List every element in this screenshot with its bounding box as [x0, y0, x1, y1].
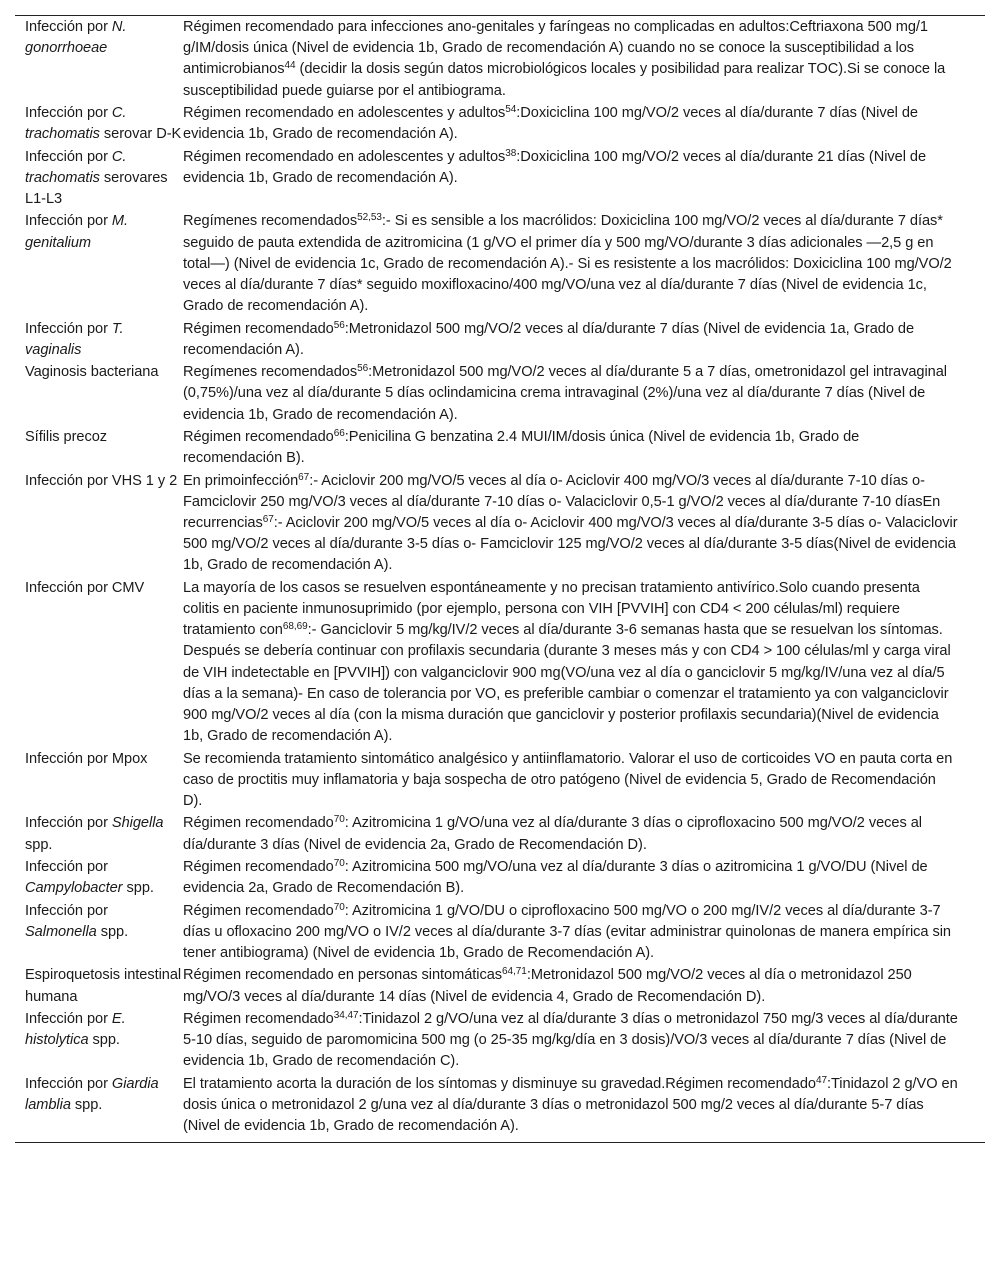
text-segment: Infección por	[25, 1076, 112, 1092]
table-row: Infección por VHS 1 y 2En primoinfección…	[15, 471, 985, 578]
infection-cell: Infección por CMV	[15, 578, 183, 749]
table-row: Infección por Shigella spp.Régimen recom…	[15, 813, 985, 857]
text-segment: Infección por Mpox	[25, 751, 147, 767]
table-row: Infección por M. genitaliumRegímenes rec…	[15, 211, 985, 318]
text-segment: Régimen recomendado en adolescentes y ad…	[183, 149, 505, 165]
text-segment: Infección por	[25, 149, 112, 165]
infection-cell: Sífilis precoz	[15, 427, 183, 471]
text-segment: spp.	[25, 837, 52, 853]
reference-superscript: 64,71	[502, 966, 527, 977]
infection-cell: Infección por Shigella spp.	[15, 813, 183, 857]
table-row: Infección por CMVLa mayoría de los casos…	[15, 578, 985, 749]
infection-cell: Infección por T. vaginalis	[15, 319, 183, 363]
reference-superscript: 54	[505, 104, 516, 115]
text-segment: Se recomienda tratamiento sintomático an…	[183, 751, 952, 809]
infection-cell: Infección por M. genitalium	[15, 211, 183, 318]
text-segment: Vaginosis bacteriana	[25, 364, 158, 380]
reference-superscript: 47	[816, 1075, 827, 1086]
infection-cell: Vaginosis bacteriana	[15, 362, 183, 427]
treatment-table-body: Infección por N. gonorrhoeaeRégimen reco…	[15, 17, 985, 1139]
table-row: Espiroquetosis intestinal humanaRégimen …	[15, 965, 985, 1009]
treatment-cell: Regímenes recomendados56:Metronidazol 50…	[183, 362, 985, 427]
table-row: Infección por MpoxSe recomienda tratamie…	[15, 749, 985, 814]
treatment-cell: Se recomienda tratamiento sintomático an…	[183, 749, 985, 814]
text-segment: Infección por VHS 1 y 2	[25, 473, 177, 489]
species-name: Shigella	[112, 815, 164, 831]
treatment-cell: Régimen recomendado en adolescentes y ad…	[183, 103, 985, 147]
text-segment: (decidir la dosis según datos microbioló…	[183, 61, 945, 98]
treatment-cell: El tratamiento acorta la duración de los…	[183, 1074, 985, 1139]
table-row: Vaginosis bacterianaRegímenes recomendad…	[15, 362, 985, 427]
text-segment: El tratamiento acorta la duración de los…	[183, 1076, 816, 1092]
table-rows: Infección por N. gonorrhoeaeRégimen reco…	[15, 17, 985, 1139]
text-segment: Infección por	[25, 903, 108, 919]
treatment-cell: Régimen recomendado66:Penicilina G benza…	[183, 427, 985, 471]
treatment-cell: Régimen recomendado56:Metronidazol 500 m…	[183, 319, 985, 363]
treatment-cell: Régimen recomendado en adolescentes y ad…	[183, 147, 985, 212]
text-segment: Regímenes recomendados	[183, 213, 357, 229]
table-row: Infección por T. vaginalisRégimen recome…	[15, 319, 985, 363]
text-segment: Régimen recomendado	[183, 1011, 334, 1027]
treatment-cell: Régimen recomendado70: Azitromicina 1 g/…	[183, 901, 985, 966]
treatment-cell: Régimen recomendado70: Azitromicina 1 g/…	[183, 813, 985, 857]
text-segment: Régimen recomendado	[183, 903, 334, 919]
text-segment: Régimen recomendado	[183, 321, 334, 337]
infection-cell: Infección por E. histolytica spp.	[15, 1009, 183, 1074]
text-segment: serovar D-K	[100, 126, 181, 142]
reference-superscript: 67	[263, 514, 274, 525]
text-segment: En primoinfección	[183, 473, 298, 489]
treatment-cell: En primoinfección67:- Aciclovir 200 mg/V…	[183, 471, 985, 578]
reference-superscript: 70	[334, 902, 345, 913]
infection-cell: Infección por Giardia lamblia spp.	[15, 1074, 183, 1139]
reference-superscript: 67	[298, 472, 309, 483]
reference-superscript: 68,69	[283, 621, 308, 632]
text-segment: Régimen recomendado en adolescentes y ad…	[183, 105, 505, 121]
text-segment: Régimen recomendado	[183, 859, 334, 875]
table-row: Infección por Salmonella spp.Régimen rec…	[15, 901, 985, 966]
treatment-cell: Régimen recomendado70: Azitromicina 500 …	[183, 857, 985, 901]
reference-superscript: 56	[357, 363, 368, 374]
reference-superscript: 44	[284, 60, 295, 71]
reference-superscript: 56	[334, 320, 345, 331]
text-segment: Régimen recomendado en personas sintomát…	[183, 967, 502, 983]
reference-superscript: 52,53	[357, 212, 382, 223]
infection-cell: Infección por C. trachomatis serovar D-K	[15, 103, 183, 147]
text-segment: spp.	[71, 1097, 102, 1113]
reference-superscript: 70	[334, 814, 345, 825]
reference-superscript: 34,47	[334, 1010, 359, 1021]
species-name: Campylobacter	[25, 880, 123, 896]
table-row: Infección por C. trachomatis serovar D-K…	[15, 103, 985, 147]
infection-cell: Infección por C. trachomatis serovares L…	[15, 147, 183, 212]
infection-cell: Infección por Campylobacter spp.	[15, 857, 183, 901]
text-segment: spp.	[123, 880, 154, 896]
infection-cell: Infección por VHS 1 y 2	[15, 471, 183, 578]
text-segment: Espiroquetosis intestinal humana	[25, 967, 181, 1004]
infection-cell: Infección por N. gonorrhoeae	[15, 17, 183, 103]
table-row: Infección por Campylobacter spp.Régimen …	[15, 857, 985, 901]
treatment-cell: Régimen recomendado en personas sintomát…	[183, 965, 985, 1009]
reference-superscript: 38	[505, 148, 516, 159]
text-segment: Infección por	[25, 859, 108, 875]
text-segment: Sífilis precoz	[25, 429, 107, 445]
text-segment: Infección por	[25, 105, 112, 121]
infection-cell: Espiroquetosis intestinal humana	[15, 965, 183, 1009]
text-segment: Régimen recomendado	[183, 815, 334, 831]
text-segment: :- Aciclovir 200 mg/VO/5 veces al día o-…	[183, 515, 958, 573]
text-segment: Infección por CMV	[25, 580, 144, 596]
text-segment: Infección por	[25, 815, 112, 831]
treatment-cell: La mayoría de los casos se resuelven esp…	[183, 578, 985, 749]
text-segment: Régimen recomendado	[183, 429, 334, 445]
table-row: Infección por E. histolytica spp.Régimen…	[15, 1009, 985, 1074]
treatment-cell: Régimen recomendado para infecciones ano…	[183, 17, 985, 103]
treatment-cell: Régimen recomendado34,47:Tinidazol 2 g/V…	[183, 1009, 985, 1074]
treatment-table: Infección por N. gonorrhoeaeRégimen reco…	[15, 15, 985, 1143]
text-segment: Infección por	[25, 1011, 112, 1027]
text-segment: Infección por	[25, 213, 112, 229]
text-segment: Regímenes recomendados	[183, 364, 357, 380]
table-row: Infección por C. trachomatis serovares L…	[15, 147, 985, 212]
treatment-cell: Regímenes recomendados52,53:- Si es sens…	[183, 211, 985, 318]
infection-cell: Infección por Salmonella spp.	[15, 901, 183, 966]
text-segment: :- Ganciclovir 5 mg/kg/IV/2 veces al día…	[183, 622, 951, 744]
text-segment: spp.	[97, 924, 128, 940]
reference-superscript: 66	[334, 428, 345, 439]
reference-superscript: 70	[334, 858, 345, 869]
table-row: Infección por Giardia lamblia spp.El tra…	[15, 1074, 985, 1139]
table-row: Infección por N. gonorrhoeaeRégimen reco…	[15, 17, 985, 103]
text-segment: spp.	[89, 1032, 120, 1048]
table-row: Sífilis precozRégimen recomendado66:Peni…	[15, 427, 985, 471]
text-segment: Infección por	[25, 19, 112, 35]
text-segment: Infección por	[25, 321, 112, 337]
species-name: Salmonella	[25, 924, 97, 940]
infection-cell: Infección por Mpox	[15, 749, 183, 814]
